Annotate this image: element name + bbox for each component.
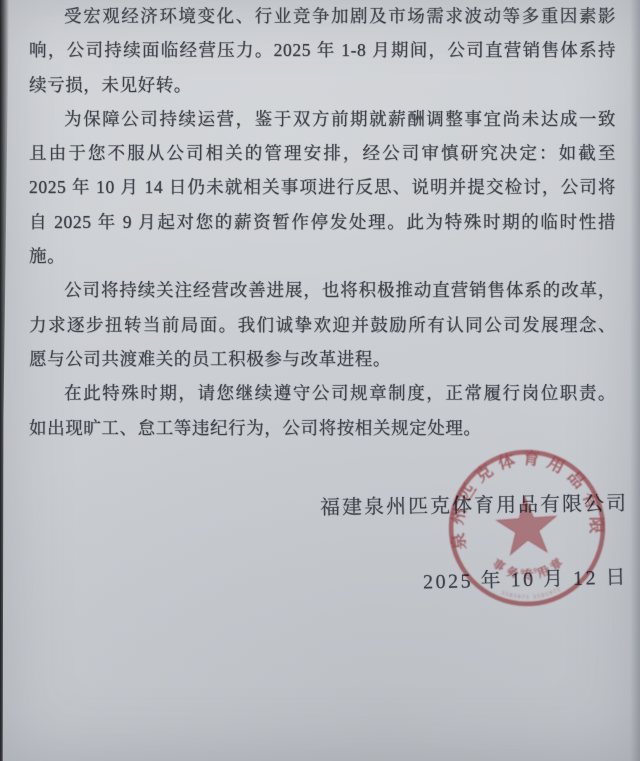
document-body: 受宏观经济环境变化、行业竞争加剧及市场需求波动等多重因素影响，公司持续面临经营压… xyxy=(29,0,616,445)
document-line: 续亏损，未见好转。 xyxy=(29,68,616,102)
document-line: 受宏观经济环境变化、行业竞争加剧及市场需求波动等多重因素影 xyxy=(29,0,616,33)
document-line: 2025 年 10 月 14 日仍未就相关事项进行反思、说明并提交检讨，公司将 xyxy=(29,170,616,204)
document-line: 为保障公司持续运营，鉴于双方前期就薪酬调整事宜尚未达成一致 xyxy=(29,102,616,136)
document-line: 如出现旷工、怠工等违纪行为，公司将按相关规定处理。 xyxy=(29,411,616,445)
document-line: 施。 xyxy=(29,239,616,273)
photo-left-edge-shadow xyxy=(0,0,9,761)
company-signature: 福建泉州匹克体育用品有限公司 xyxy=(320,487,628,520)
document-photo: 受宏观经济环境变化、行业竞争加剧及市场需求波动等多重因素影响，公司持续面临经营压… xyxy=(0,0,640,761)
document-line: 响，公司持续面临经营压力。2025 年 1-8 月期间，公司直营销售体系持 xyxy=(29,33,616,67)
document-date: 2025 年 10 月 12 日 xyxy=(423,561,629,595)
document-line: 公司将持续关注经营改善进展，也将积极推动直营销售体系的改革， xyxy=(29,273,616,307)
document-line: 自 2025 年 9 月起对您的薪资暂作停发处理。此为特殊时期的临时性措 xyxy=(29,205,616,239)
photo-right-edge-shade xyxy=(630,0,640,761)
document-line: 在此特殊时期，请您继续遵守公司规章制度，正常履行岗位职责。 xyxy=(29,376,616,410)
document-line: 且由于您不服从公司相关的管理安排，经公司审慎研究决定：如截至 xyxy=(29,136,616,170)
document-line: 力求逐步扭转当前局面。我们诚挚欢迎并鼓励所有认同公司发展理念、 xyxy=(29,308,616,342)
document-line: 愿与公司共渡难关的员工积极参与改革进程。 xyxy=(29,342,616,376)
